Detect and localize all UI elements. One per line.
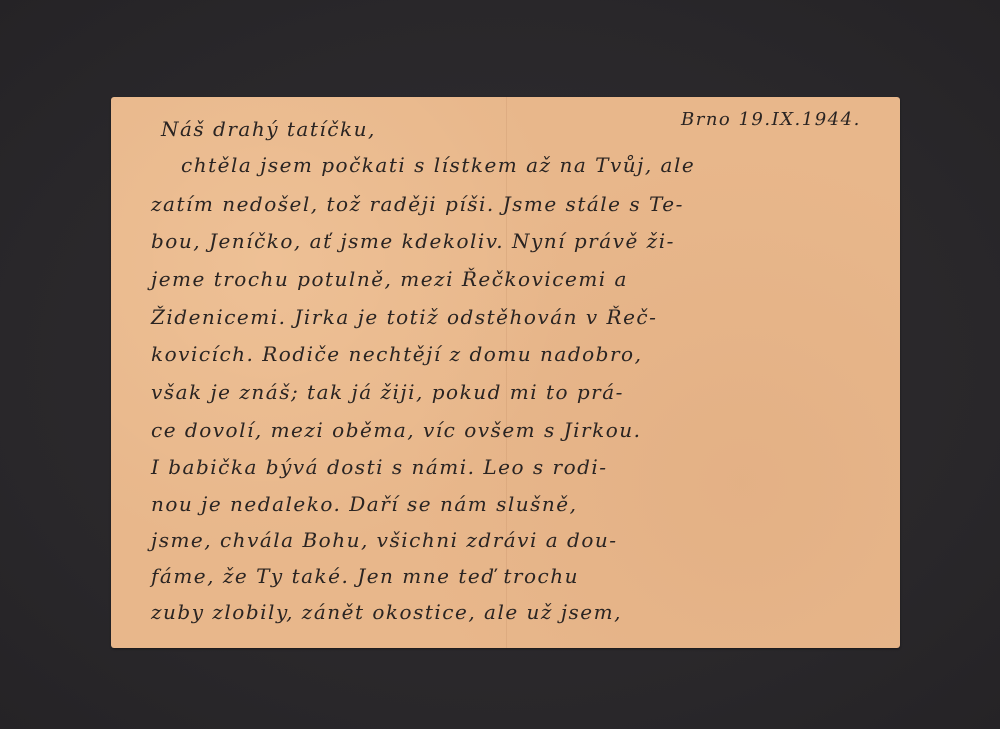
greeting: Náš drahý tatíčku, [161,119,376,139]
date-line: Brno 19.IX.1944. [681,111,861,129]
letter-line: jsme, chvála Bohu, všichni zdrávi a dou- [151,530,618,550]
letter-line: zatím nedošel, tož raději píši. Jsme stá… [151,194,684,214]
letter-line: nou je nedaleko. Daří se nám slušně, [151,494,578,514]
letter-line: I babička bývá dosti s námi. Leo s rodi- [151,457,608,477]
letter-line: Židenicemi. Jirka je totiž odstěhován v … [151,307,657,327]
letter-line: chtěla jsem počkati s lístkem až na Tvůj… [181,155,695,175]
letter-line: jeme trochu potulně, mezi Řečkovicemi a [151,269,628,289]
postcard: Brno 19.IX.1944. Náš drahý tatíčku, chtě… [111,97,900,648]
letter-line: však je znáš; tak já žiji, pokud mi to p… [151,382,624,402]
letter-line: bou, Jeníčko, ať jsme kdekoliv. Nyní prá… [151,231,675,251]
letter-line: zuby zlobily, zánět okostice, ale už jse… [151,602,622,622]
letter-line: ce dovolí, mezi oběma, víc ovšem s Jirko… [151,420,641,440]
letter-line: fáme, že Ty také. Jen mne teď trochu [151,566,579,586]
letter-line: kovicích. Rodiče nechtějí z domu nadobro… [151,344,642,364]
